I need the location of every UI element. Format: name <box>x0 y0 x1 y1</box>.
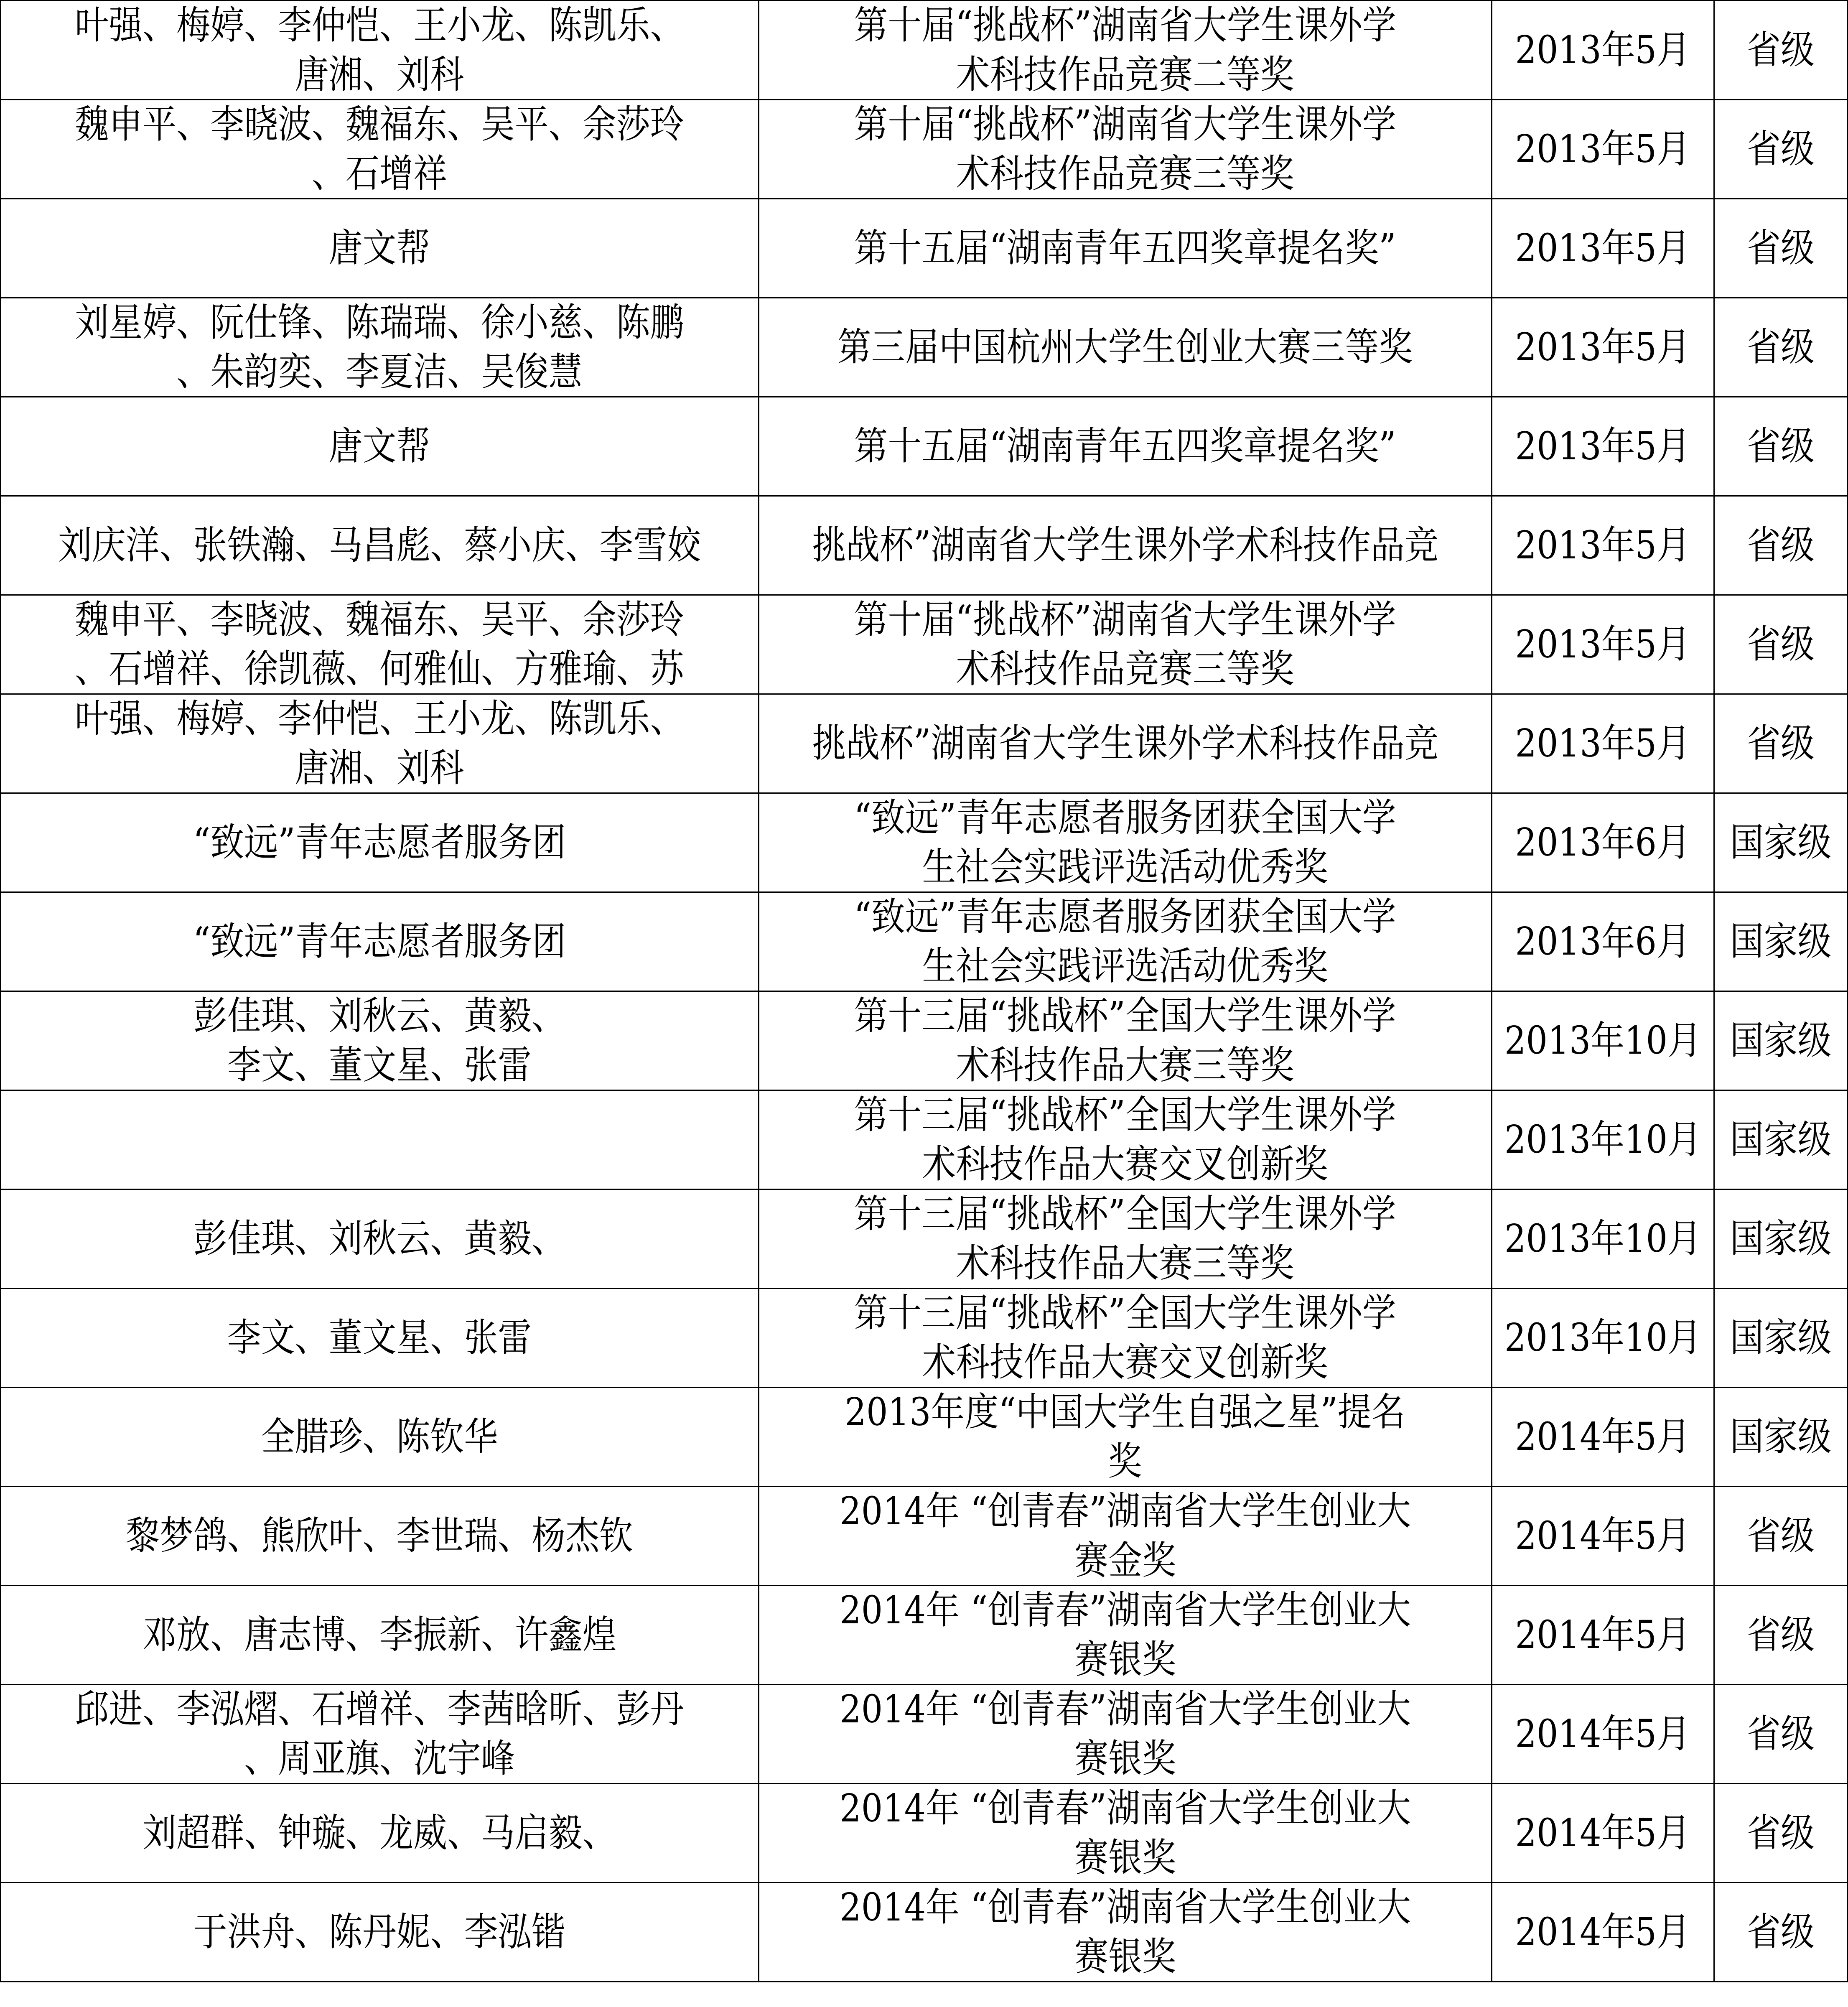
award-level-text: 国家级 <box>1730 1313 1832 1363</box>
table-row: 黎梦鸽、熊欣叶、李世瑞、杨杰钦 2014年 “创青春”湖南省大学生创业大 赛金奖… <box>1 1487 1848 1586</box>
table-row: 唐文帮 第十五届“湖南青年五四奖章提名奖” 2013年5月 省级 <box>1 397 1848 496</box>
awards-table: 叶强、梅婷、李仲恺、王小龙、陈凯乐、 唐湘、刘科 第十届“挑战杯”湖南省大学生课… <box>0 0 1848 1982</box>
award-level-text: 省级 <box>1747 422 1815 471</box>
winners-text: 黎梦鸽、熊欣叶、李世瑞、杨杰钦 <box>126 1511 633 1561</box>
table-row: 李文、董文星、张雷 第十三届“挑战杯”全国大学生课外学 术科技作品大赛交叉创新奖… <box>1 1289 1848 1388</box>
winners-text: 刘星婷、阮仕锋、陈瑞瑞、徐小慈、陈鹏 、朱韵奕、李夏洁、吴俊慧 <box>75 298 684 396</box>
award-level-text: 省级 <box>1747 719 1815 768</box>
date-cell[interactable]: 2013年5月 <box>1492 1 1714 100</box>
level-cell[interactable]: 省级 <box>1714 694 1848 793</box>
names-cell[interactable]: 刘庆洋、张铁瀚、马昌彪、蔡小庆、李雪姣 <box>1 496 759 595</box>
award-level-text: 省级 <box>1747 224 1815 273</box>
level-cell[interactable]: 国家级 <box>1714 1289 1848 1388</box>
winners-text: 全腊珍、陈钦华 <box>261 1412 498 1462</box>
award-level-text: 国家级 <box>1730 1016 1832 1065</box>
table-row: 刘庆洋、张铁瀚、马昌彪、蔡小庆、李雪姣 挑战杯”湖南省大学生课外学术科技作品竞 … <box>1 496 1848 595</box>
table-row: 第十三届“挑战杯”全国大学生课外学 术科技作品大赛交叉创新奖 2013年10月 … <box>1 1090 1848 1189</box>
date-cell[interactable]: 2013年5月 <box>1492 595 1714 694</box>
date-cell[interactable]: 2013年5月 <box>1492 298 1714 397</box>
level-cell[interactable]: 国家级 <box>1714 1189 1848 1289</box>
table-row: 彭佳琪、刘秋云、黄毅、 第十三届“挑战杯”全国大学生课外学 术科技作品大赛三等奖… <box>1 1189 1848 1289</box>
level-cell[interactable]: 国家级 <box>1714 1388 1848 1487</box>
names-cell[interactable]: 邱进、李泓熠、石增祥、李茜晗昕、彭丹 、周亚旗、沈宇峰 <box>1 1685 759 1784</box>
award-cell[interactable]: 第十届“挑战杯”湖南省大学生课外学 术科技作品竞赛三等奖 <box>759 100 1492 199</box>
award-title-text: 挑战杯”湖南省大学生课外学术科技作品竞 <box>812 521 1438 570</box>
level-cell[interactable]: 省级 <box>1714 1487 1848 1586</box>
table-row: 唐文帮 第十五届“湖南青年五四奖章提名奖” 2013年5月 省级 <box>1 199 1848 298</box>
winners-text: “致远”青年志愿者服务团 <box>193 917 566 966</box>
table-row: 于洪舟、陈丹妮、李泓锴 2014年 “创青春”湖南省大学生创业大 赛银奖 201… <box>1 1883 1848 1982</box>
award-cell[interactable]: 第十三届“挑战杯”全国大学生课外学 术科技作品大赛三等奖 <box>759 1189 1492 1289</box>
date-cell[interactable]: 2013年10月 <box>1492 1189 1714 1289</box>
names-cell[interactable] <box>1 1090 759 1189</box>
award-title-text: 第十届“挑战杯”湖南省大学生课外学 术科技作品竞赛二等奖 <box>854 1 1396 99</box>
level-cell[interactable]: 省级 <box>1714 1784 1848 1883</box>
award-level-text: 省级 <box>1747 521 1815 570</box>
award-cell[interactable]: 第十三届“挑战杯”全国大学生课外学 术科技作品大赛三等奖 <box>759 991 1492 1090</box>
award-level-text: 省级 <box>1747 25 1815 75</box>
table-row: 全腊珍、陈钦华 2013年度“中国大学生自强之星”提名 奖 2014年5月 国家… <box>1 1388 1848 1487</box>
award-cell[interactable]: 挑战杯”湖南省大学生课外学术科技作品竞 <box>759 496 1492 595</box>
date-cell[interactable]: 2014年5月 <box>1492 1388 1714 1487</box>
names-cell[interactable]: 唐文帮 <box>1 199 759 298</box>
award-title-text: 2014年 “创青春”湖南省大学生创业大 赛金奖 <box>840 1487 1411 1585</box>
award-date-text: 2013年5月 <box>1515 422 1690 471</box>
level-cell[interactable]: 省级 <box>1714 1685 1848 1784</box>
award-date-text: 2014年5月 <box>1515 1808 1690 1858</box>
award-cell[interactable]: 2014年 “创青春”湖南省大学生创业大 赛银奖 <box>759 1883 1492 1982</box>
date-cell[interactable]: 2013年5月 <box>1492 496 1714 595</box>
award-level-text: 国家级 <box>1730 1115 1832 1164</box>
winners-text: 刘超群、钟璇、龙威、马启毅、 <box>143 1808 616 1858</box>
award-level-text: 国家级 <box>1730 917 1832 966</box>
award-date-text: 2013年5月 <box>1515 323 1690 372</box>
winners-text: 邓放、唐志博、李振新、许鑫煌 <box>143 1610 616 1660</box>
award-date-text: 2014年5月 <box>1515 1412 1690 1462</box>
winners-text: 刘庆洋、张铁瀚、马昌彪、蔡小庆、李雪姣 <box>58 521 701 570</box>
award-title-text: “致远”青年志愿者服务团获全国大学 生社会实践评选活动优秀奖 <box>854 794 1396 891</box>
level-cell[interactable]: 省级 <box>1714 496 1848 595</box>
winners-text: 彭佳琪、刘秋云、黄毅、 李文、董文星、张雷 <box>193 992 566 1090</box>
winners-text: “致远”青年志愿者服务团 <box>193 818 566 867</box>
winners-text: 于洪舟、陈丹妮、李泓锴 <box>193 1908 566 1957</box>
award-title-text: 挑战杯”湖南省大学生课外学术科技作品竞 <box>812 719 1438 768</box>
award-cell[interactable]: 2013年度“中国大学生自强之星”提名 奖 <box>759 1388 1492 1487</box>
names-cell[interactable]: 邓放、唐志博、李振新、许鑫煌 <box>1 1586 759 1685</box>
table-row: 邓放、唐志博、李振新、许鑫煌 2014年 “创青春”湖南省大学生创业大 赛银奖 … <box>1 1586 1848 1685</box>
date-cell[interactable]: 2013年6月 <box>1492 892 1714 991</box>
names-cell[interactable]: 彭佳琪、刘秋云、黄毅、 李文、董文星、张雷 <box>1 991 759 1090</box>
winners-text: 李文、董文星、张雷 <box>227 1313 532 1363</box>
award-title-text: 第十三届“挑战杯”全国大学生课外学 术科技作品大赛三等奖 <box>854 1190 1396 1288</box>
level-cell[interactable]: 省级 <box>1714 397 1848 496</box>
date-cell[interactable]: 2014年5月 <box>1492 1487 1714 1586</box>
award-level-text: 省级 <box>1747 1511 1815 1561</box>
award-title-text: “致远”青年志愿者服务团获全国大学 生社会实践评选活动优秀奖 <box>854 893 1396 991</box>
date-cell[interactable]: 2014年5月 <box>1492 1685 1714 1784</box>
date-cell[interactable]: 2013年5月 <box>1492 397 1714 496</box>
names-cell[interactable]: 黎梦鸽、熊欣叶、李世瑞、杨杰钦 <box>1 1487 759 1586</box>
winners-text: 魏申平、李晓波、魏福东、吴平、余莎玲 、石增祥、徐凯薇、何雅仙、方雅瑜、苏 <box>75 596 684 693</box>
level-cell[interactable]: 省级 <box>1714 595 1848 694</box>
award-title-text: 第十三届“挑战杯”全国大学生课外学 术科技作品大赛交叉创新奖 <box>854 1091 1396 1189</box>
award-level-text: 省级 <box>1747 1610 1815 1660</box>
names-cell[interactable]: 魏申平、李晓波、魏福东、吴平、余莎玲 、石增祥、徐凯薇、何雅仙、方雅瑜、苏 <box>1 595 759 694</box>
date-cell[interactable]: 2013年10月 <box>1492 991 1714 1090</box>
table-row: 邱进、李泓熠、石增祥、李茜晗昕、彭丹 、周亚旗、沈宇峰 2014年 “创青春”湖… <box>1 1685 1848 1784</box>
names-cell[interactable]: “致远”青年志愿者服务团 <box>1 793 759 892</box>
award-title-text: 第十届“挑战杯”湖南省大学生课外学 术科技作品竞赛三等奖 <box>854 596 1396 693</box>
award-cell[interactable]: 2014年 “创青春”湖南省大学生创业大 赛银奖 <box>759 1685 1492 1784</box>
award-date-text: 2013年5月 <box>1515 719 1690 768</box>
winners-text: 叶强、梅婷、李仲恺、王小龙、陈凯乐、 唐湘、刘科 <box>75 695 684 792</box>
table-row: “致远”青年志愿者服务团 “致远”青年志愿者服务团获全国大学 生社会实践评选活动… <box>1 892 1848 991</box>
award-level-text: 国家级 <box>1730 1214 1832 1263</box>
table-row: 叶强、梅婷、李仲恺、王小龙、陈凯乐、 唐湘、刘科 第十届“挑战杯”湖南省大学生课… <box>1 1 1848 100</box>
award-cell[interactable]: 第十届“挑战杯”湖南省大学生课外学 术科技作品竞赛三等奖 <box>759 595 1492 694</box>
award-level-text: 省级 <box>1747 1908 1815 1957</box>
award-level-text: 省级 <box>1747 1709 1815 1759</box>
award-date-text: 2013年6月 <box>1515 917 1690 966</box>
award-cell[interactable]: 2014年 “创青春”湖南省大学生创业大 赛金奖 <box>759 1487 1492 1586</box>
date-cell[interactable]: 2014年5月 <box>1492 1883 1714 1982</box>
award-date-text: 2013年6月 <box>1515 818 1690 867</box>
award-date-text: 2013年5月 <box>1515 125 1690 174</box>
names-cell[interactable]: 叶强、梅婷、李仲恺、王小龙、陈凯乐、 唐湘、刘科 <box>1 694 759 793</box>
award-date-text: 2013年10月 <box>1504 1115 1701 1164</box>
level-cell[interactable]: 省级 <box>1714 1586 1848 1685</box>
award-date-text: 2014年5月 <box>1515 1709 1690 1759</box>
award-date-text: 2013年5月 <box>1515 620 1690 669</box>
award-date-text: 2013年10月 <box>1504 1016 1701 1065</box>
award-cell[interactable]: 2014年 “创青春”湖南省大学生创业大 赛银奖 <box>759 1586 1492 1685</box>
award-cell[interactable]: 第十届“挑战杯”湖南省大学生课外学 术科技作品竞赛二等奖 <box>759 1 1492 100</box>
award-title-text: 2013年度“中国大学生自强之星”提名 奖 <box>845 1388 1405 1486</box>
award-cell[interactable]: 第十三届“挑战杯”全国大学生课外学 术科技作品大赛交叉创新奖 <box>759 1090 1492 1189</box>
names-cell[interactable]: 李文、董文星、张雷 <box>1 1289 759 1388</box>
level-cell[interactable]: 国家级 <box>1714 892 1848 991</box>
award-title-text: 第三届中国杭州大学生创业大赛三等奖 <box>837 323 1413 372</box>
date-cell[interactable]: 2014年5月 <box>1492 1586 1714 1685</box>
award-title-text: 2014年 “创青春”湖南省大学生创业大 赛银奖 <box>840 1586 1411 1684</box>
table-row: 叶强、梅婷、李仲恺、王小龙、陈凯乐、 唐湘、刘科 挑战杯”湖南省大学生课外学术科… <box>1 694 1848 793</box>
award-title-text: 第十三届“挑战杯”全国大学生课外学 术科技作品大赛三等奖 <box>854 992 1396 1090</box>
award-title-text: 第十五届“湖南青年五四奖章提名奖” <box>854 422 1396 471</box>
table-row: 刘星婷、阮仕锋、陈瑞瑞、徐小慈、陈鹏 、朱韵奕、李夏洁、吴俊慧 第三届中国杭州大… <box>1 298 1848 397</box>
table-row: “致远”青年志愿者服务团 “致远”青年志愿者服务团获全国大学 生社会实践评选活动… <box>1 793 1848 892</box>
award-date-text: 2013年10月 <box>1504 1313 1701 1363</box>
level-cell[interactable]: 省级 <box>1714 298 1848 397</box>
award-level-text: 省级 <box>1747 620 1815 669</box>
winners-text: 魏申平、李晓波、魏福东、吴平、余莎玲 、石增祥 <box>75 100 684 198</box>
award-cell[interactable]: 2014年 “创青春”湖南省大学生创业大 赛银奖 <box>759 1784 1492 1883</box>
award-level-text: 省级 <box>1747 323 1815 372</box>
level-cell[interactable]: 国家级 <box>1714 1090 1848 1189</box>
award-title-text: 2014年 “创青春”湖南省大学生创业大 赛银奖 <box>840 1784 1411 1882</box>
award-date-text: 2013年5月 <box>1515 521 1690 570</box>
award-cell[interactable]: 第十五届“湖南青年五四奖章提名奖” <box>759 199 1492 298</box>
award-cell[interactable]: 第十三届“挑战杯”全国大学生课外学 术科技作品大赛交叉创新奖 <box>759 1289 1492 1388</box>
winners-text: 彭佳琪、刘秋云、黄毅、 <box>193 1214 566 1263</box>
names-cell[interactable]: 唐文帮 <box>1 397 759 496</box>
date-cell[interactable]: 2013年6月 <box>1492 793 1714 892</box>
date-cell[interactable]: 2013年5月 <box>1492 694 1714 793</box>
table-row: 魏申平、李晓波、魏福东、吴平、余莎玲 、石增祥 第十届“挑战杯”湖南省大学生课外… <box>1 100 1848 199</box>
winners-text: 邱进、李泓熠、石增祥、李茜晗昕、彭丹 、周亚旗、沈宇峰 <box>75 1685 684 1783</box>
table-row: 刘超群、钟璇、龙威、马启毅、 2014年 “创青春”湖南省大学生创业大 赛银奖 … <box>1 1784 1848 1883</box>
date-cell[interactable]: 2013年10月 <box>1492 1289 1714 1388</box>
award-cell[interactable]: 挑战杯”湖南省大学生课外学术科技作品竞 <box>759 694 1492 793</box>
award-date-text: 2014年5月 <box>1515 1610 1690 1660</box>
names-cell[interactable]: 刘超群、钟璇、龙威、马启毅、 <box>1 1784 759 1883</box>
date-cell[interactable]: 2013年10月 <box>1492 1090 1714 1189</box>
award-title-text: 第十五届“湖南青年五四奖章提名奖” <box>854 224 1396 273</box>
award-date-text: 2013年5月 <box>1515 25 1690 75</box>
award-date-text: 2013年5月 <box>1515 224 1690 273</box>
level-cell[interactable]: 国家级 <box>1714 793 1848 892</box>
names-cell[interactable]: 全腊珍、陈钦华 <box>1 1388 759 1487</box>
award-title-text: 2014年 “创青春”湖南省大学生创业大 赛银奖 <box>840 1883 1411 1981</box>
level-cell[interactable]: 省级 <box>1714 1 1848 100</box>
award-level-text: 国家级 <box>1730 818 1832 867</box>
level-cell[interactable]: 省级 <box>1714 1883 1848 1982</box>
level-cell[interactable]: 省级 <box>1714 199 1848 298</box>
winners-text: 唐文帮 <box>329 422 430 471</box>
names-cell[interactable]: 彭佳琪、刘秋云、黄毅、 <box>1 1189 759 1289</box>
award-cell[interactable]: 第三届中国杭州大学生创业大赛三等奖 <box>759 298 1492 397</box>
names-cell[interactable]: “致远”青年志愿者服务团 <box>1 892 759 991</box>
award-level-text: 国家级 <box>1730 1412 1832 1462</box>
level-cell[interactable]: 省级 <box>1714 100 1848 199</box>
date-cell[interactable]: 2013年5月 <box>1492 100 1714 199</box>
award-level-text: 省级 <box>1747 125 1815 174</box>
awards-table-body: 叶强、梅婷、李仲恺、王小龙、陈凯乐、 唐湘、刘科 第十届“挑战杯”湖南省大学生课… <box>1 1 1848 1982</box>
award-title-text: 第十届“挑战杯”湖南省大学生课外学 术科技作品竞赛三等奖 <box>854 100 1396 198</box>
award-cell[interactable]: “致远”青年志愿者服务团获全国大学 生社会实践评选活动优秀奖 <box>759 793 1492 892</box>
award-date-text: 2014年5月 <box>1515 1908 1690 1957</box>
date-cell[interactable]: 2013年5月 <box>1492 199 1714 298</box>
names-cell[interactable]: 刘星婷、阮仕锋、陈瑞瑞、徐小慈、陈鹏 、朱韵奕、李夏洁、吴俊慧 <box>1 298 759 397</box>
award-date-text: 2013年10月 <box>1504 1214 1701 1263</box>
award-level-text: 省级 <box>1747 1808 1815 1858</box>
winners-text: 叶强、梅婷、李仲恺、王小龙、陈凯乐、 唐湘、刘科 <box>75 1 684 99</box>
award-date-text: 2014年5月 <box>1515 1511 1690 1561</box>
award-cell[interactable]: 第十五届“湖南青年五四奖章提名奖” <box>759 397 1492 496</box>
names-cell[interactable]: 于洪舟、陈丹妮、李泓锴 <box>1 1883 759 1982</box>
date-cell[interactable]: 2014年5月 <box>1492 1784 1714 1883</box>
table-row: 魏申平、李晓波、魏福东、吴平、余莎玲 、石增祥、徐凯薇、何雅仙、方雅瑜、苏 第十… <box>1 595 1848 694</box>
names-cell[interactable]: 叶强、梅婷、李仲恺、王小龙、陈凯乐、 唐湘、刘科 <box>1 1 759 100</box>
award-title-text: 2014年 “创青春”湖南省大学生创业大 赛银奖 <box>840 1685 1411 1783</box>
award-title-text: 第十三届“挑战杯”全国大学生课外学 术科技作品大赛交叉创新奖 <box>854 1289 1396 1387</box>
names-cell[interactable]: 魏申平、李晓波、魏福东、吴平、余莎玲 、石增祥 <box>1 100 759 199</box>
award-cell[interactable]: “致远”青年志愿者服务团获全国大学 生社会实践评选活动优秀奖 <box>759 892 1492 991</box>
level-cell[interactable]: 国家级 <box>1714 991 1848 1090</box>
winners-text: 唐文帮 <box>329 224 430 273</box>
table-row: 彭佳琪、刘秋云、黄毅、 李文、董文星、张雷 第十三届“挑战杯”全国大学生课外学 … <box>1 991 1848 1090</box>
